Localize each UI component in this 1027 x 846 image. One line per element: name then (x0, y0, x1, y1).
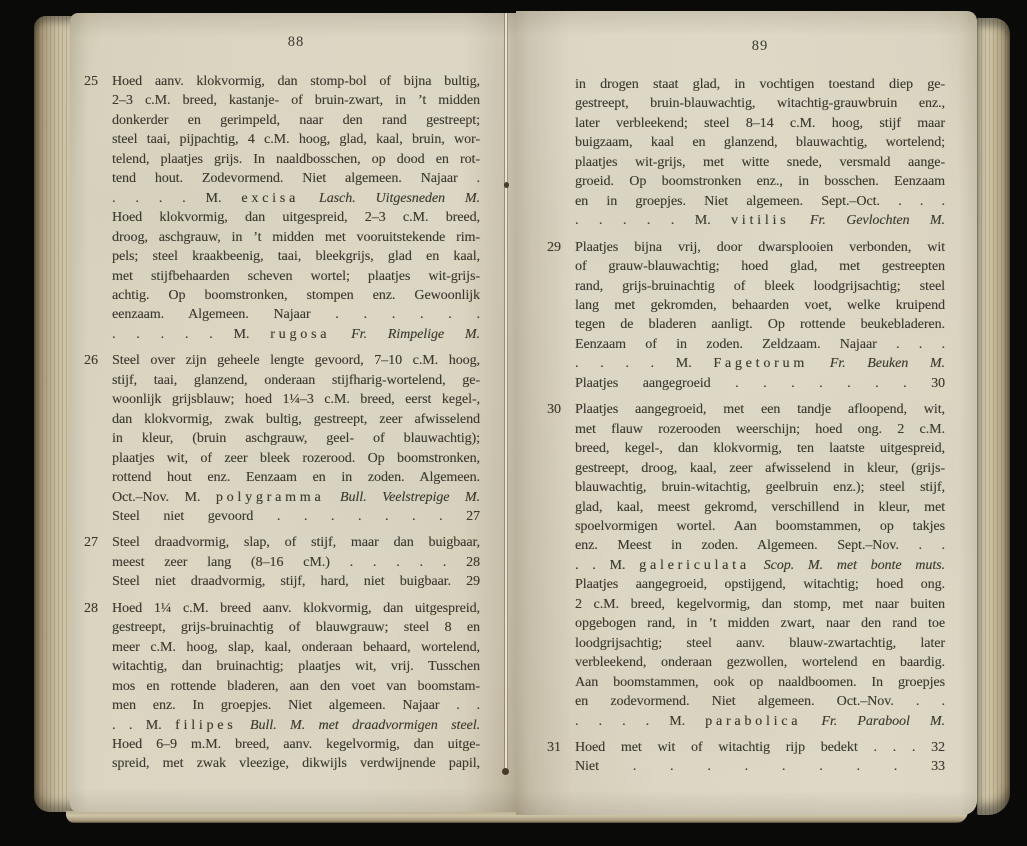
text-line: Steel niet gevoord . . . . . . . 27 (112, 507, 480, 526)
text-line: glad, kaal, meest gekromd, verschillend … (575, 498, 945, 517)
italic-text: Fr. (351, 327, 367, 342)
species-name: parabolica (705, 714, 801, 729)
text-line: woonlijk grijsblauw; hoed 1¼–3 c.M. bree… (112, 390, 480, 409)
text-line: stijf, taai, glanzend, onderaan stijfhar… (112, 371, 480, 390)
page-edge-stack-right (977, 18, 1010, 815)
italic-text: M. met draadvormigen steel. (290, 718, 480, 733)
text-line: gestreept, droog, kaal, zeer afwisselend… (575, 459, 945, 478)
text-line: en in groepjes. Niet algemeen. Sept.–Oct… (575, 192, 945, 211)
entry-number: 31 (547, 738, 561, 757)
italic-text: Veelstrepige M. (382, 490, 480, 505)
text-line: plaatjes wit-grijs, met witte snede, ver… (575, 153, 945, 172)
text-line: rand, grijs-bruinachtig of bleek loodgri… (575, 277, 945, 296)
italic-text: Bull. (250, 718, 277, 733)
italic-text: Fr. (821, 714, 837, 729)
text-line: 27Steel draadvormig, slap, of stijf, maa… (112, 533, 480, 552)
species-name: filipes (175, 718, 236, 733)
text-line: droog, aschgrauw, in ’t midden met vooru… (112, 228, 480, 247)
binding-thread-knot (502, 768, 509, 775)
italic-text: Rimpelige M. (388, 327, 480, 342)
text-line: tegen de bladeren aanligt. Op rottende b… (575, 315, 945, 334)
text-line: spreid, met zwak vleezige, dikwijls verd… (112, 754, 480, 773)
entry-number: 30 (547, 400, 561, 419)
text-line: meest zeer lang (8–16 cM.) . . . . . 28 (112, 553, 480, 572)
text-line: Hoed klokvormig, dan uitgespreid, 2–3 c.… (112, 208, 480, 227)
italic-text: M. met bonte muts. (808, 558, 945, 573)
entry-number: 26 (84, 351, 98, 370)
text-line: donkerder en gerimpeld, naar den rand ge… (112, 111, 480, 130)
text-line: opgebogen rand, in ’t midden zwart, naar… (575, 614, 945, 633)
text-line: spoelvormigen wortel. Aan boomstammen, o… (575, 517, 945, 536)
text-line: . . M. filipes Bull. M. met draadvormige… (112, 716, 480, 735)
text-line: Plaatjes aangegroeid . . . . . . . 30 (575, 374, 945, 393)
text-line: groeid. Op boomstronken enz., in bossche… (575, 172, 945, 191)
text-line: . . . . . M. rugosa Fr. Rimpelige M. (112, 325, 480, 344)
text-line: 26Steel over zijn geheele lengte gevoord… (112, 351, 480, 370)
italic-text: Fr. (830, 356, 846, 371)
text-line: enz. Meest in zoden. Algemeen. Sept.–Nov… (575, 536, 945, 555)
species-name: rugosa (270, 327, 330, 342)
text-line: Niet . . . . . . . . 33 (575, 757, 945, 776)
text-line: loodgrijsachtig; steel aanv. blauw-zwart… (575, 634, 945, 653)
text-line: lang met gekromden, behaarden voet, welk… (575, 296, 945, 315)
text-line: of grauw-blauwachtig; hoed glad, met ges… (575, 257, 945, 276)
text-line: 30Plaatjes aangegroeid, met een tandje a… (575, 400, 945, 419)
entry-number: 27 (84, 533, 98, 552)
text-line: later verbleekend; steel 8–14 c.M. hoog,… (575, 114, 945, 133)
text-line: . . . . M. Fagetorum Fr. Beuken M. (575, 354, 945, 373)
italic-text: Fr. (810, 213, 826, 228)
text-line: met flauw rozerooden weerschijn; hoed on… (575, 420, 945, 439)
text-line: tend hout. Zodevormend. Niet algemeen. N… (112, 169, 480, 188)
text-line: dan klokvormig, zwak bultig, gestreept, … (112, 410, 480, 429)
italic-text: Parabool M. (857, 714, 945, 729)
italic-text: Gevlochten M. (846, 213, 945, 228)
text-line: 2–3 c.M. breed, kastanje- of bruin-zwart… (112, 91, 480, 110)
binding-thread-knot (504, 182, 509, 188)
text-line: Eenzaam of in zoden. Zeldzaam. Najaar . … (575, 335, 945, 354)
text-line: steel taai, pijpachtig, 4 c.M. hoog, gla… (112, 130, 480, 149)
text-line: gestreept, grijs-bruinachtig of blauwgra… (112, 618, 480, 637)
italic-text: Lasch. (319, 191, 356, 206)
text-line: . . M. galericulata Scop. M. met bonte m… (575, 556, 945, 575)
text-line: blauwachtig, bruin-witachtig, geelbruin … (575, 478, 945, 497)
text-line: pels; steel kraakbeenig, taai, bleekgrij… (112, 247, 480, 266)
text-line: rottend hout enz. Eenzaam en in zoden. A… (112, 468, 480, 487)
text-line: plaatjes wit, of zeer bleek rozerood. Op… (112, 449, 480, 468)
text-line: meer c.M. hoog, slap, kaal, onderaan beh… (112, 638, 480, 657)
species-name: Fagetorum (713, 356, 808, 371)
italic-text: Beuken M. (867, 356, 945, 371)
text-line: mos en rottende bladeren, aan den voet v… (112, 677, 480, 696)
text-line: buigzaam, kaal en glanzend, blauwachtig,… (575, 133, 945, 152)
text-line: . . . . M. excisa Lasch. Uitgesneden M. (112, 189, 480, 208)
italic-text: Scop. (764, 558, 794, 573)
text-line: telend, plaatjes grijs. In naaldbosschen… (112, 150, 480, 169)
text-line: eenzaam. Algemeen. Najaar . . . . . . (112, 305, 480, 324)
species-name: vitilis (731, 213, 789, 228)
text-line: Steel niet draadvormig, stijf, hard, nie… (112, 572, 480, 591)
italic-text: Uitgesneden M. (376, 191, 480, 206)
text-line: in kleur, (bruin aschgrauw, geel- of bla… (112, 429, 480, 448)
text-line: in drogen staat glad, in vochtigen toest… (575, 75, 945, 94)
text-line: Hoed 6–9 m.M. breed, aanv. kegelvormig, … (112, 735, 480, 754)
text-line: gestreept, bruin-blauwachtig, witachtig-… (575, 94, 945, 113)
text-line: achtig. Op boomstronken, stompen enz. Ge… (112, 286, 480, 305)
text-line: en zodevormend. Niet algemeen. Oct.–Nov.… (575, 692, 945, 711)
page-number-left: 88 (112, 34, 480, 51)
italic-text: Bull. (340, 490, 367, 505)
species-name: polygramma (216, 490, 325, 505)
text-line: Plaatjes aangegroeid, opstijgend, witach… (575, 575, 945, 594)
text-line: 28Hoed 1¼ c.M. breed aanv. klokvormig, d… (112, 599, 480, 618)
entry-number: 28 (84, 599, 98, 618)
text-line: . . . . M. parabolica Fr. Parabool M. (575, 712, 945, 731)
text-line: 31Hoed met wit of witachtig rijp bedekt … (575, 738, 945, 757)
species-name: galericulata (639, 558, 750, 573)
text-line: witachtig, dan bruinachtig; plaatjes wit… (112, 657, 480, 676)
text-line: met stijfbehaarden scheven wortel; plaat… (112, 267, 480, 286)
text-line: men enz. In groepjes. Niet algemeen. Naj… (112, 696, 480, 715)
text-line: 25Hoed aanv. klokvormig, dan stomp-bol o… (112, 72, 480, 91)
text-line: 29Plaatjes bijna vrij, door dwarsplooien… (575, 238, 945, 257)
text-line: verbleekend, onderaan gezwollen, wortele… (575, 653, 945, 672)
text-line: Aan boomstammen, ook op naaldboomen. In … (575, 673, 945, 692)
text-line: breed, kegel-, dan klokvormig, ten laats… (575, 439, 945, 458)
page-number-right: 89 (575, 38, 945, 55)
text-line: Oct.–Nov. M. polygramma Bull. Veelstrepi… (112, 488, 480, 507)
text-column-left: 25Hoed aanv. klokvormig, dan stomp-bol o… (112, 72, 480, 774)
text-column-right: in drogen staat glad, in vochtigen toest… (575, 75, 945, 777)
text-line: 2 c.M. breed, kegelvormig, dan stomp, me… (575, 595, 945, 614)
entry-number: 25 (84, 72, 98, 91)
entry-number: 29 (547, 238, 561, 257)
species-name: excisa (241, 191, 299, 206)
text-line: . . . . . M. vitilis Fr. Gevlochten M. (575, 211, 945, 230)
book-scan: 88 89 25Hoed aanv. klokvormig, dan stomp… (0, 0, 1027, 846)
